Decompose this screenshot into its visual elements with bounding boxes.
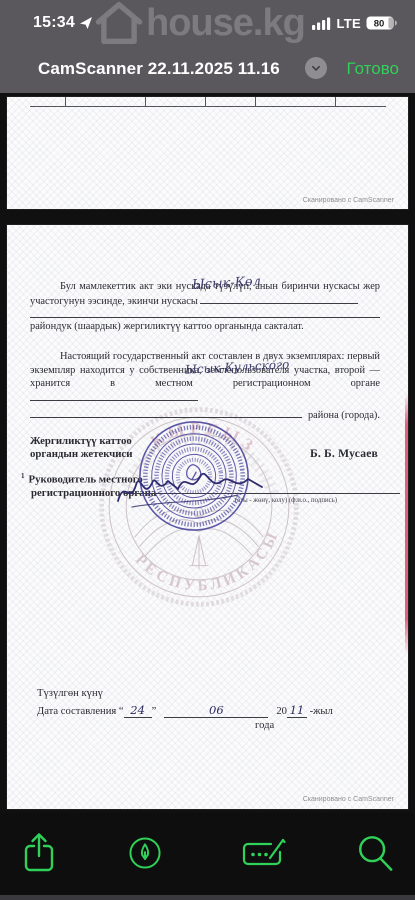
scanned-page-1[interactable]: Сканировано с CamScanner [7,97,408,209]
markup-pen-icon [125,833,165,873]
location-arrow-icon [79,16,93,35]
status-time: 15:34 [33,14,75,32]
table-tick [65,97,66,107]
rename-dropdown-button[interactable] [305,57,327,79]
share-icon [22,832,56,874]
blank-line [30,408,302,418]
network-type-label: LTE [337,16,362,31]
top-bar: house.kg 15:34 LTE 80 [0,0,415,93]
scanned-page-2[interactable]: КЫРГЫЗ РЕСПУБЛИКАСЫ Бул мамлекеттик акт … [7,225,408,809]
table-tick [335,97,336,107]
blank-line [30,317,380,318]
blank-line [30,391,198,401]
document-title[interactable]: CamScanner 22.11.2025 11.16 [38,59,280,79]
search-button[interactable] [352,829,398,877]
status-bar: 15:34 LTE 80 [0,11,415,35]
paragraph-russian: Настоящий государственный акт составлен … [30,350,380,423]
battery-percent: 80 [374,18,385,29]
app-header: CamScanner 22.11.2025 11.16 Готово [0,52,415,86]
date-label-ky: Түзүлгөн күнү [37,687,333,701]
date-suffix-ky: -жыл [310,705,333,719]
handwritten-year: 11 [287,703,307,718]
done-button[interactable]: Готово [347,59,400,79]
date-suffix-ru: года [255,719,333,733]
table-bottom-line [30,106,386,107]
battery-icon: 80 [366,16,397,30]
date-block: Түзүлгөн күнү Дата составления “24” 06 2… [37,687,333,733]
page-edge-pink-strip [405,393,408,655]
share-button[interactable] [16,829,62,877]
markup-button[interactable] [122,829,168,877]
camscanner-credit: Сканировано с CamScanner [303,197,394,204]
official-title-ky: Жергиликтүү каттоо [30,435,132,448]
blank-line [200,294,358,304]
bottom-toolbar [0,813,415,900]
scan-viewport[interactable]: Сканировано с CamScanner [0,93,415,813]
table-tick [205,97,206,107]
fill-sign-icon [240,833,288,873]
paragraph-kyrgyz: Бул мамлекеттик акт эки нускада түзүлүп,… [30,280,380,334]
chevron-down-icon [309,61,323,75]
official-name: Б. Б. Мусаев [310,447,378,461]
paragraph-kyrgyz-tail: райондук (шаардык) жергиликтүү каттоо ор… [30,320,380,334]
cellular-signal-icon [312,16,332,30]
paragraph-russian-tail: района (города). [308,409,380,423]
fill-sign-button[interactable] [238,829,290,877]
handwritten-signature [112,461,282,516]
search-icon [356,833,394,873]
date-line: Дата составления “24” 06 2011 -жыл [37,703,333,719]
handwritten-day: 24 [124,703,152,718]
handwritten-month: 06 [164,703,268,718]
footnote-marker: 1 [21,472,25,480]
camscanner-credit: Сканировано с CamScanner [303,796,394,803]
home-indicator-area [0,895,415,900]
table-tick [255,97,256,107]
table-tick [145,97,146,107]
phone-screen: house.kg 15:34 LTE 80 [0,0,415,900]
